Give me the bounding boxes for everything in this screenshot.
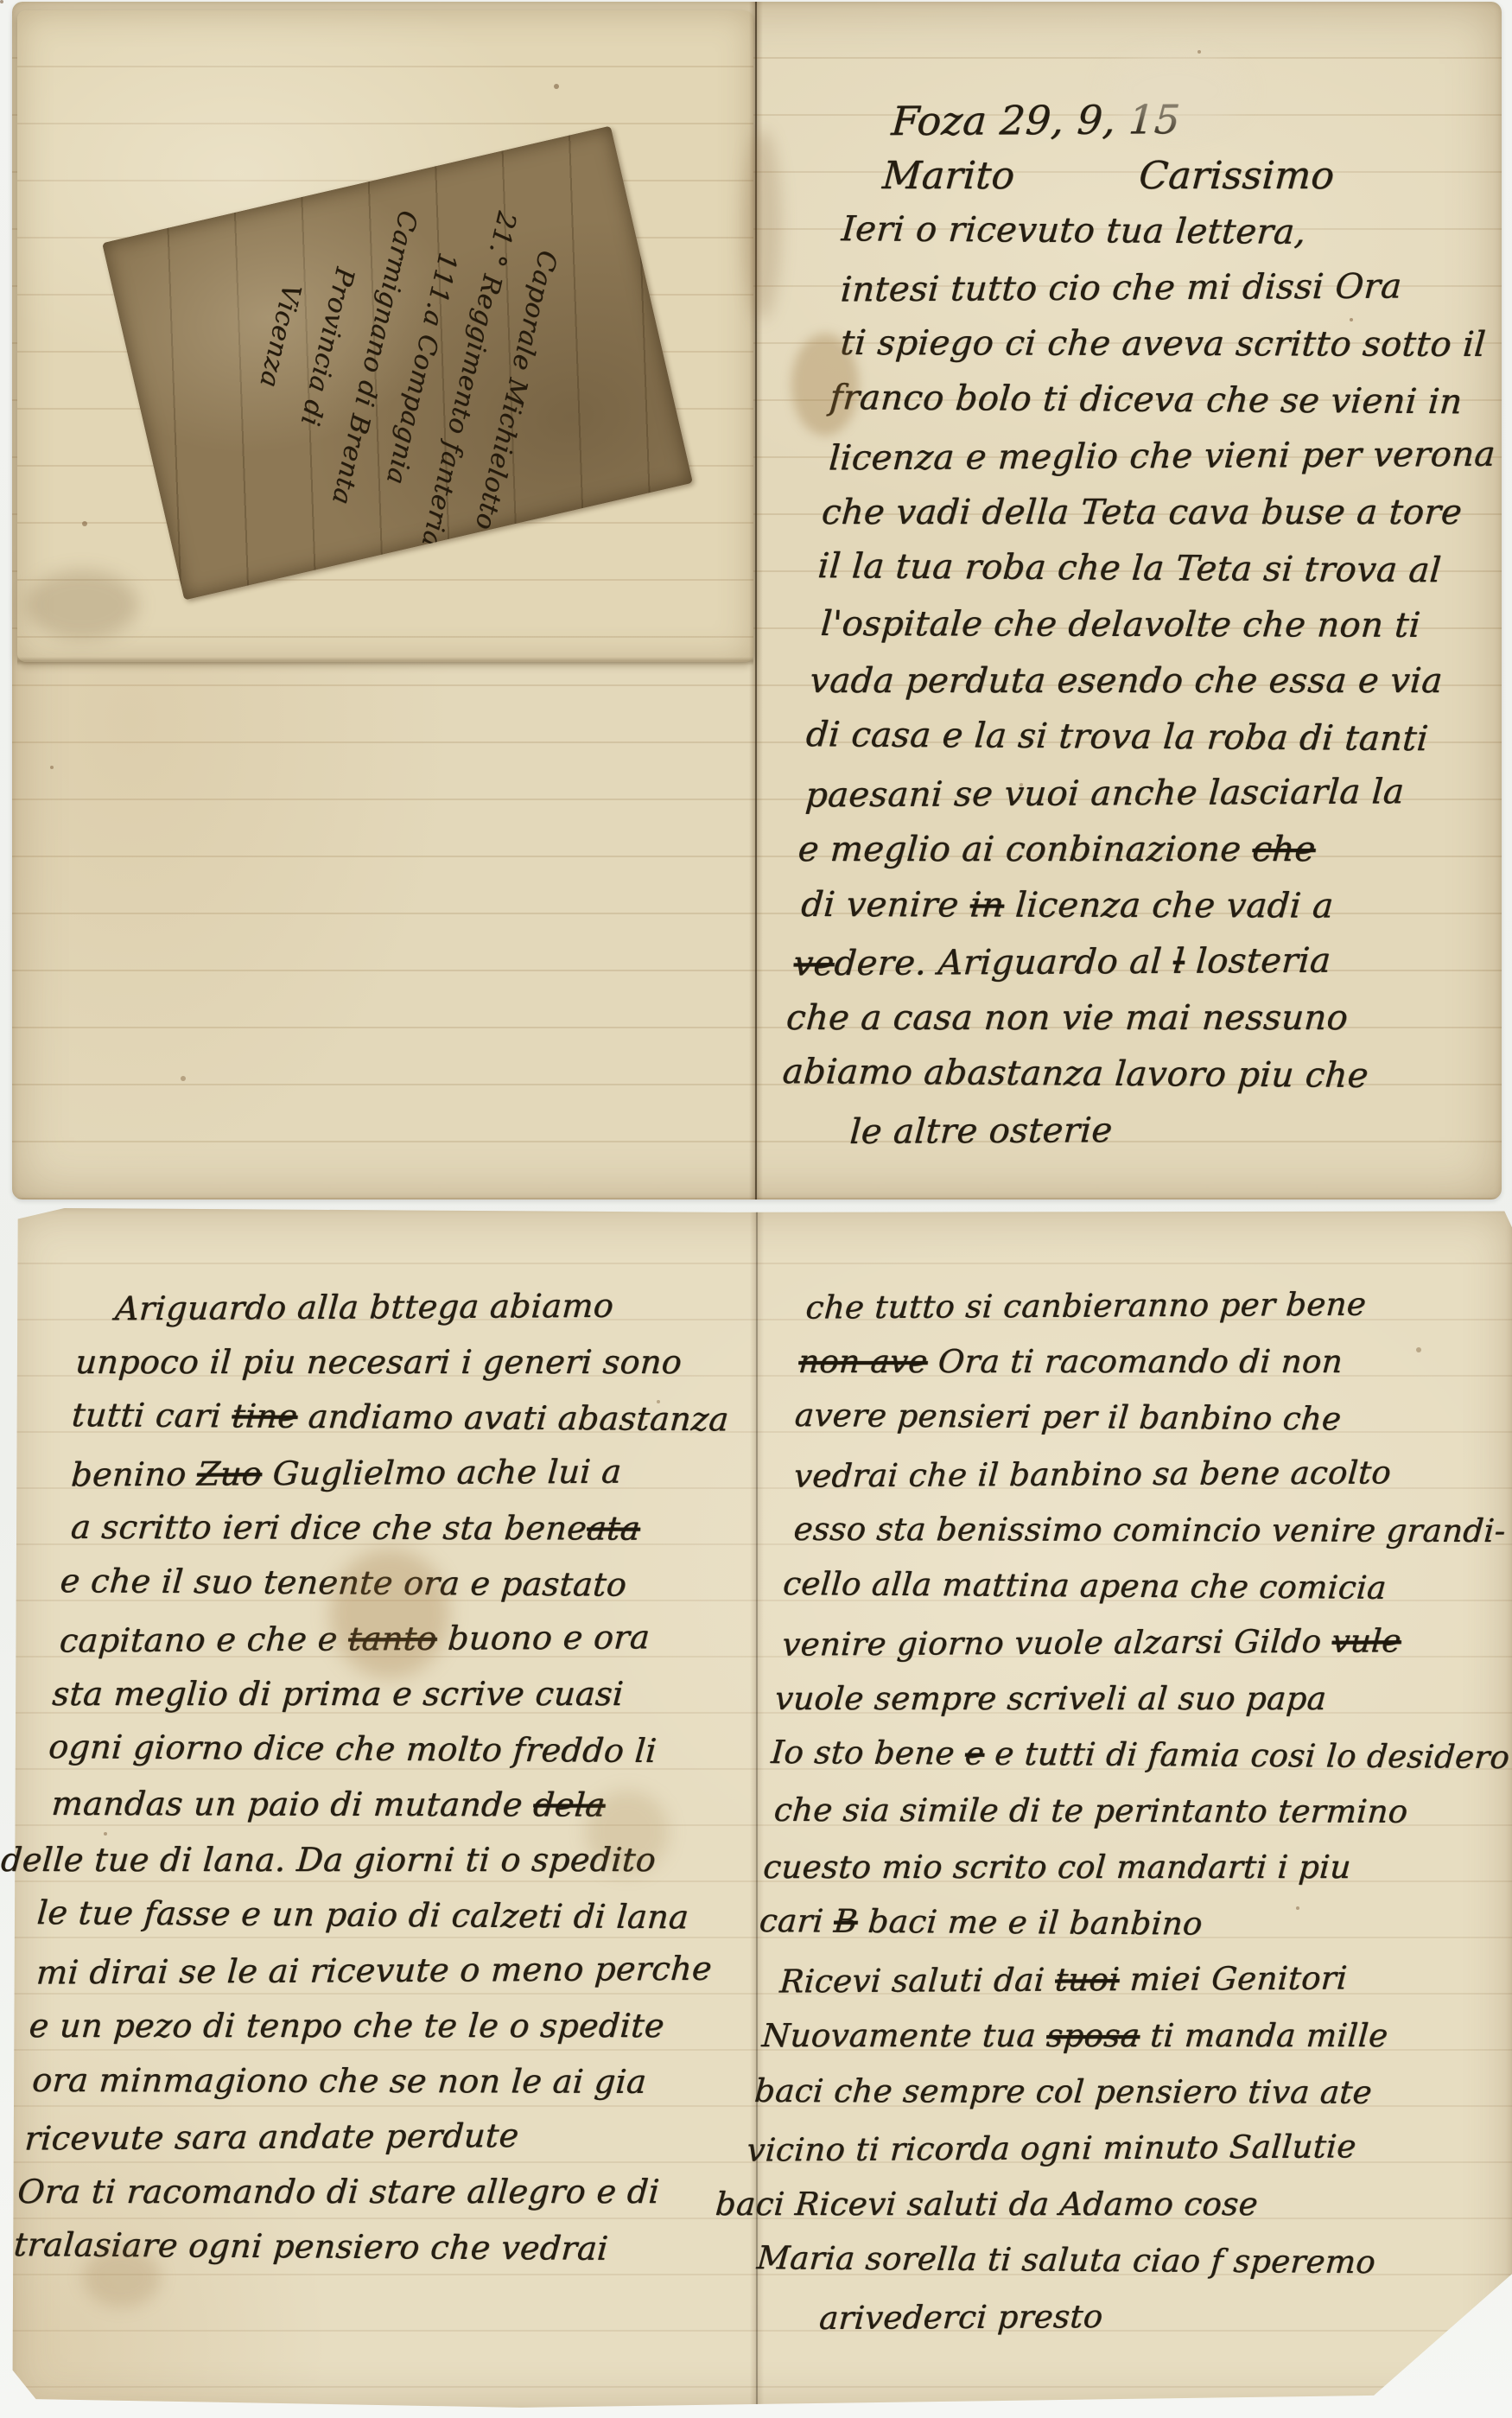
address-label: Caporale Michielotto21.° Reggimento fant… bbox=[102, 125, 693, 600]
letter-line: Ora ti racomando di stare allegro e di bbox=[16, 2164, 741, 2219]
letter-line: vedere. Ariguardo al l losteria bbox=[791, 932, 1496, 992]
letter-line: mi dirai se le ai ricevute o meno perche bbox=[35, 1940, 760, 2000]
letter-line: Marito Carissimo bbox=[843, 148, 1512, 204]
fold-crease bbox=[17, 657, 753, 665]
letter-line: Ricevi saluti dai tuoi miei Genitori bbox=[757, 1949, 1500, 2009]
label-page: Caporale Michielotto21.° Reggimento fant… bbox=[17, 10, 753, 662]
letter-line: paesani se vuoi anche lasciarla la bbox=[804, 763, 1509, 824]
letter-line: cello alla mattina apena che comicia bbox=[781, 1556, 1512, 1617]
letter-line: Ariguardo alla bttega abiamo bbox=[81, 1276, 807, 1336]
letter-line: cuesto mio scrito col mandarti i piu bbox=[761, 1839, 1505, 1895]
letter-line: capitano e che e tanto buono e ora bbox=[58, 1608, 784, 1668]
address-text: Caporale Michielotto21.° Reggimento fant… bbox=[216, 157, 579, 568]
letter-line: cari B baci me e il banbino bbox=[758, 1893, 1502, 1954]
letter-line: sta meglio di prima e scrive cuasi bbox=[50, 1666, 776, 1721]
letter-line: franco bolo ti diceva che se vieni in bbox=[828, 370, 1512, 431]
letter-line: venire giorno vuole alzarsi Gildo vule bbox=[780, 1612, 1512, 1672]
letter-line: a scritto ieri dice che sta beneata bbox=[69, 1499, 795, 1556]
letter-line: Io sto bene e e tutti di famia cosi lo d… bbox=[769, 1724, 1512, 1785]
letter-line: avere pensieri per il banbino che bbox=[793, 1387, 1512, 1448]
top-sheet: Caporale Michielotto21.° Reggimento fant… bbox=[12, 2, 1502, 1199]
letter-line: intesi tutto cio che mi dissi Ora bbox=[839, 258, 1512, 318]
letter-line: che sia simile di te perintanto termino bbox=[772, 1782, 1512, 1840]
letter-line: le tue fasse e un paio di calzeti di lan… bbox=[35, 1885, 761, 1945]
letter-line: di venire in licenza che vadi a bbox=[799, 877, 1505, 935]
letter-line: licenza e meglio che vieni per verona bbox=[827, 426, 1512, 487]
letter-line: Nuovamente tua sposa ti manda mille bbox=[750, 2008, 1494, 2064]
letter-line: ti spiego ci che aveva scritto sotto il bbox=[838, 315, 1512, 373]
letter-line: ora minmagiono che se non le ai gia bbox=[30, 2052, 756, 2109]
letter-line: le altre osterie bbox=[780, 1100, 1485, 1161]
letter-line: Ieri o ricevuto tua lettera, bbox=[840, 201, 1512, 263]
letter-line: ricevute sara andate perdute bbox=[23, 2106, 749, 2166]
letter-line: Maria sorella ti saluta ciao f speremo bbox=[734, 2230, 1477, 2291]
letter-line: unpoco il piu necesari i generi sono bbox=[73, 1334, 799, 1390]
letter-line: che a casa non vie mai nessuno bbox=[785, 990, 1490, 1047]
letter-line: l'ospitale che delavolte che non ti bbox=[819, 596, 1512, 654]
letter-line: vuole sempre scriveli al suo papa bbox=[773, 1670, 1512, 1727]
letter-line: che vadi della Teta cava buse a tore bbox=[820, 485, 1512, 541]
letter-line: e meglio ai conbinazione che bbox=[797, 822, 1502, 878]
letter-line: benino Zuo Guglielmo ache lui a bbox=[69, 1442, 795, 1502]
letter-line: baci Ricevi saluti da Adamo cose bbox=[714, 2176, 1482, 2232]
letter-line: esso sta benissimo comincio venire grand… bbox=[791, 1501, 1512, 1559]
letter-line: vedrai che il banbino sa bene acolto bbox=[792, 1443, 1512, 1504]
letter-line: non ave Ora ti racomando di non bbox=[797, 1333, 1512, 1390]
letter-line: ogni giorno dice che molto freddo li bbox=[47, 1719, 772, 1779]
letter-page-1-text: Foza 29, 9, 15 Marito CarissimoIeri o ri… bbox=[777, 92, 1512, 1159]
letter-line: di casa e la si trova la roba di tanti bbox=[804, 707, 1510, 768]
letter-line: delle tue di lana. Da giorni ti o spedit… bbox=[0, 1832, 766, 1887]
letter-line: abiamo abastanza lavoro piu che bbox=[780, 1044, 1486, 1105]
letter-line: tralasiare ogni pensiero che vedrai bbox=[12, 2217, 738, 2277]
letter-page-2-text: Ariguardo alla bttega abiamounpoco il pi… bbox=[12, 1279, 804, 2275]
letter-line: e che il suo tenente ora e pastato bbox=[58, 1553, 784, 1613]
letter-line: vicino ti ricorda ogni minuto Sallutie bbox=[745, 2117, 1488, 2178]
letter-line: tutti cari tine andiamo avati abastanza bbox=[70, 1387, 796, 1448]
letter-scan: Caporale Michielotto21.° Reggimento fant… bbox=[0, 0, 1512, 2418]
letter-page-3-text: che tutto si canbieranno per benenon ave… bbox=[730, 1277, 1512, 2345]
letter-line: vada perduta esendo che essa e via bbox=[808, 653, 1512, 709]
letter-line: il la tua roba che la Teta si trova al bbox=[816, 538, 1512, 600]
letter-line: baci che sempre col pensiero tiva ate bbox=[753, 2063, 1496, 2121]
letter-line: arivederci presto bbox=[734, 2286, 1477, 2346]
letter-line: che tutto si canbieranno per bene bbox=[804, 1275, 1512, 1335]
letter-line: Foza 29, 9, 15 bbox=[851, 89, 1512, 150]
letter-line: e un pezo di tenpo che te le o spedite bbox=[28, 1998, 753, 2053]
foxing-spots bbox=[0, 0, 3, 3]
letter-line: mandas un paio di mutande dela bbox=[50, 1776, 776, 1833]
